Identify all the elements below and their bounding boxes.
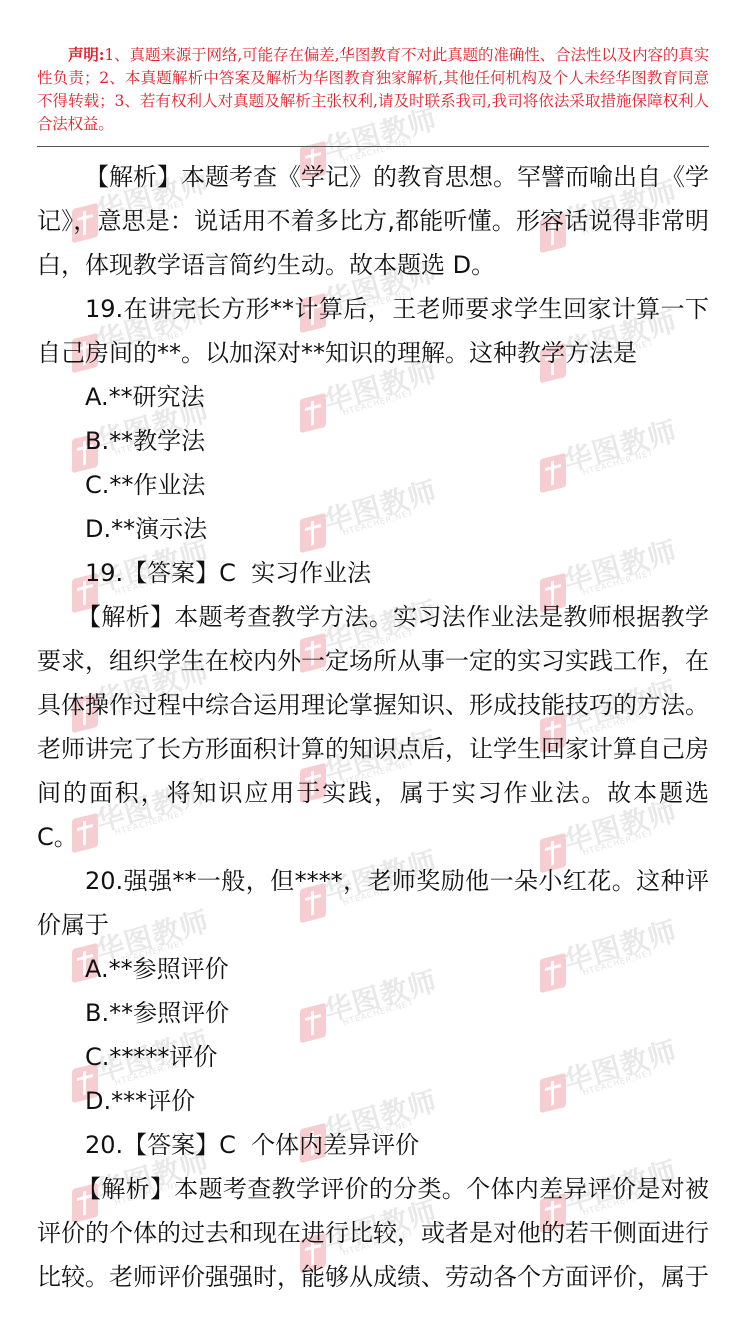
q20-option-b: B.**参照评价 [37,991,709,1035]
q19-stem: 19.在讲完长方形**计算后，王老师要求学生回家计算一下自己房间的**。以加深对… [37,287,709,375]
header-separator [37,146,709,147]
disclaimer-notice: 声明:1、真题来源于网络,可能存在偏差,华图教育不对此真题的准确性、合法性以及内… [37,43,709,136]
q20-option-d: D.***评价 [37,1079,709,1123]
q19-option-b: B.**教学法 [37,419,709,463]
q20-analysis: 【解析】本题考查教学评价的分类。个体内差异评价是对被评价的个体的过去和现在进行比… [37,1167,709,1299]
q20-option-a: A.**参照评价 [37,947,709,991]
q20-option-c: C.*****评价 [37,1035,709,1079]
document-page: 声明:1、真题来源于网络,可能存在偏差,华图教育不对此真题的准确性、合法性以及内… [0,0,748,1334]
q19-option-d: D.**演示法 [37,507,709,551]
q19-answer: 19.【答案】C 实习作业法 [37,551,709,595]
q20-answer: 20.【答案】C 个体内差异评价 [37,1123,709,1167]
q20-stem: 20.强强**一般，但****，老师奖励他一朵小红花。这种评价属于 [37,859,709,947]
q19-option-c: C.**作业法 [37,463,709,507]
disclaimer-label: 声明: [68,45,104,64]
q19-option-a: A.**研究法 [37,375,709,419]
q18-analysis: 【解析】本题考查《学记》的教育思想。罕譬而喻出自《学记》，意思是：说话用不着多比… [37,155,709,287]
q19-analysis: 【解析】本题考查教学方法。实习法作业法是教师根据教学要求，组织学生在校内外一定场… [37,595,709,859]
document-body: 【解析】本题考查《学记》的教育思想。罕譬而喻出自《学记》，意思是：说话用不着多比… [37,155,709,1299]
disclaimer-text: 1、真题来源于网络,可能存在偏差,华图教育不对此真题的准确性、合法性以及内容的真… [37,46,709,133]
